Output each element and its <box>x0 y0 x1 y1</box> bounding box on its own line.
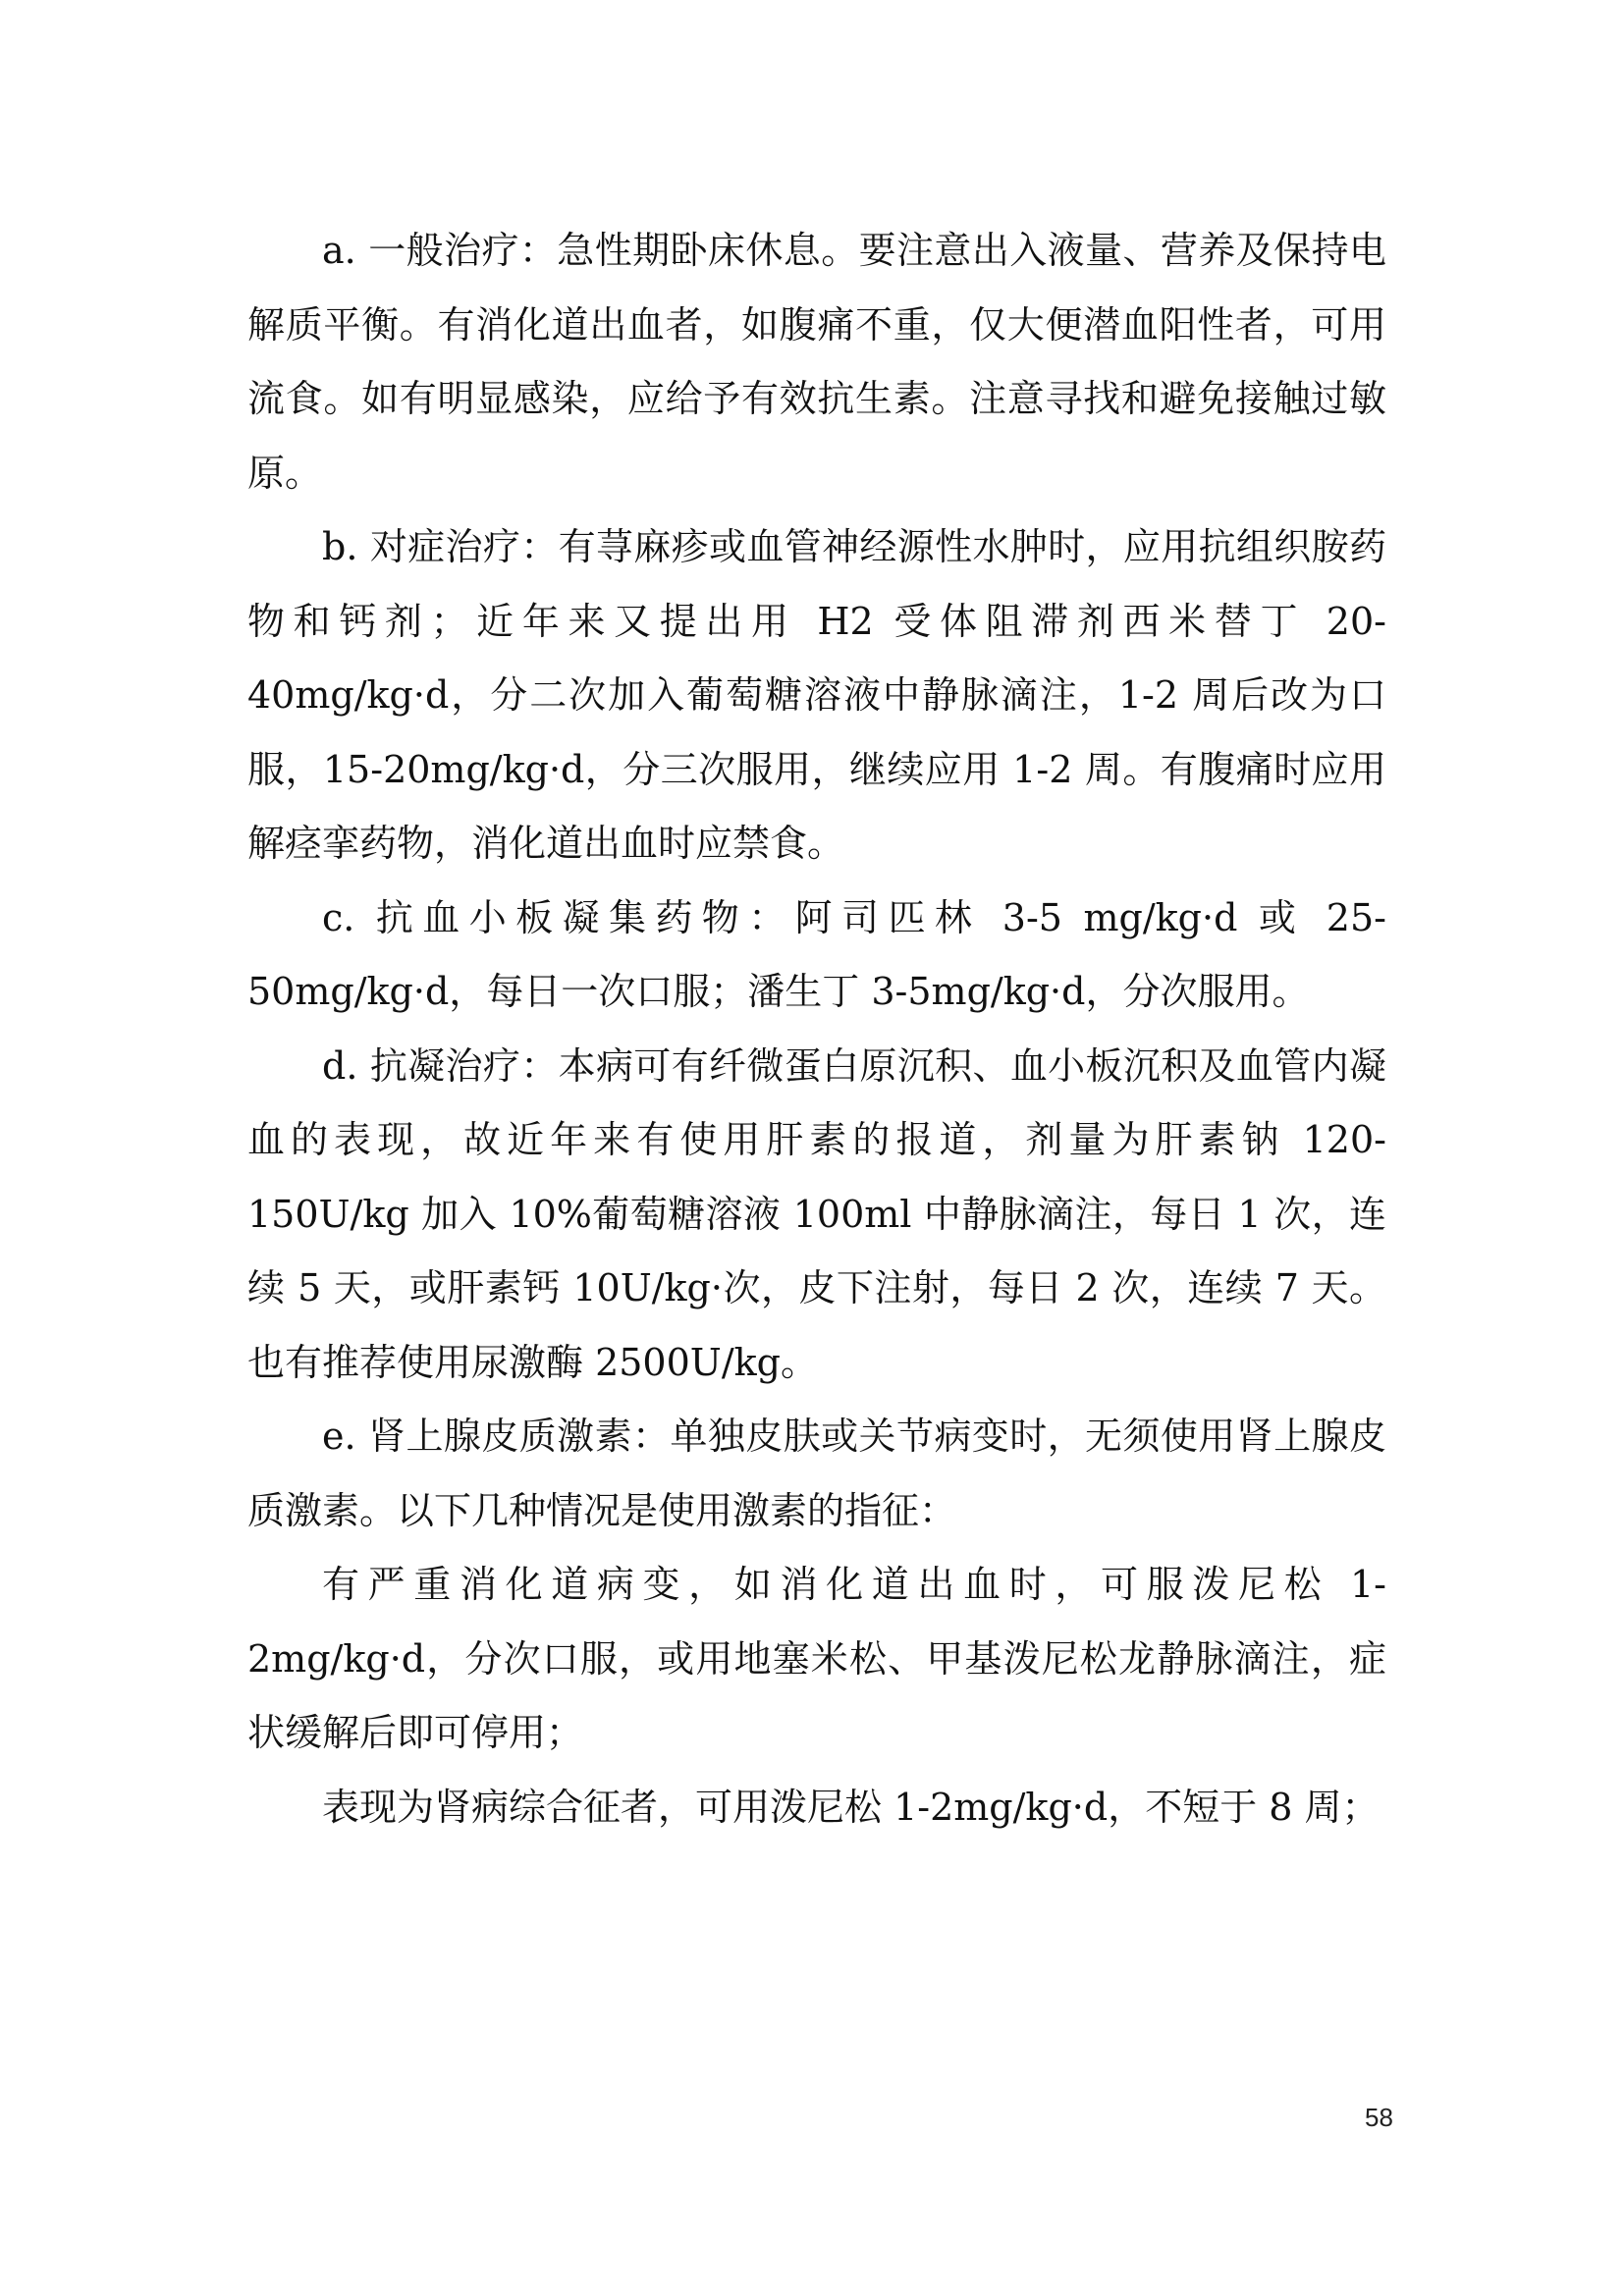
paragraph-symptomatic-treatment: b. 对症治疗：有荨麻疹或血管神经源性水肿时，应用抗组织胺药物和钙剂；近年来又提… <box>247 510 1386 881</box>
document-page: a. 一般治疗：急性期卧床休息。要注意出入液量、营养及保持电解质平衡。有消化道出… <box>0 0 1624 2296</box>
paragraph-corticosteroids: e. 肾上腺皮质激素：单独皮肤或关节病变时，无须使用肾上腺皮质激素。以下几种情况… <box>247 1400 1386 1548</box>
body-text: a. 一般治疗：急性期卧床休息。要注意出入液量、营养及保持电解质平衡。有消化道出… <box>247 214 1386 1844</box>
paragraph-antiplatelet-drugs: c. 抗血小板凝集药物：阿司匹林 3-5 mg/kg·d 或 25-50mg/k… <box>247 881 1386 1030</box>
paragraph-general-treatment: a. 一般治疗：急性期卧床休息。要注意出入液量、营养及保持电解质平衡。有消化道出… <box>247 214 1386 510</box>
paragraph-anticoagulation: d. 抗凝治疗：本病可有纤微蛋白原沉积、血小板沉积及血管内凝血的表现，故近年来有… <box>247 1030 1386 1401</box>
page-number: 58 <box>1365 2103 1393 2133</box>
paragraph-gi-indication: 有严重消化道病变，如消化道出血时，可服泼尼松 1-2mg/kg·d，分次口服，或… <box>247 1548 1386 1771</box>
paragraph-nephrotic-indication: 表现为肾病综合征者，可用泼尼松 1-2mg/kg·d，不短于 8 周； <box>247 1771 1386 1845</box>
